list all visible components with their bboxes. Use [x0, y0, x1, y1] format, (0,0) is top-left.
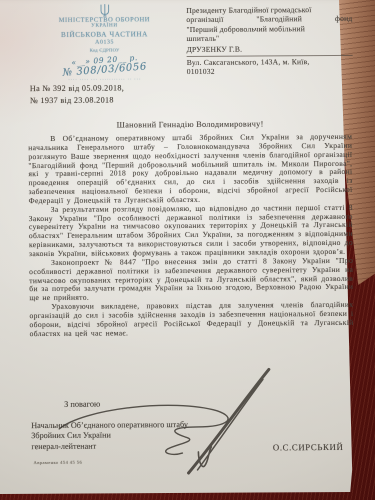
- executor-note: Авраменко 454 45 56: [33, 460, 82, 465]
- trident-emblem-icon: [99, 4, 110, 17]
- reference-numbers: На № 392 від 05.09.2018, № 1937 від 23.0…: [30, 82, 124, 107]
- reference-line-2: № 1937 від 23.08.2018: [30, 94, 124, 107]
- stamp-unit-line: ВІЙСЬКОВА ЧАСТИНА: [26, 30, 182, 39]
- stamp-country-line: УКРАЇНИ: [26, 23, 182, 30]
- stamp-unit-number: А0135: [27, 39, 183, 47]
- addressee-word: фонд: [335, 14, 353, 24]
- paragraph-1: В Об’єднаному оперативному штабі Збройни…: [28, 133, 352, 206]
- addressee-name: ДРУЗЕНКУ Г.В.: [187, 43, 353, 54]
- addressee-block: Президенту Благодійної громадської орган…: [186, 5, 352, 77]
- addressee-line: шпиталь": [186, 33, 352, 44]
- addressee-word: "Благодійний: [256, 15, 302, 25]
- signer-name: О.С.СИРСЬКИЙ: [273, 442, 344, 453]
- addressee-word: організації: [186, 15, 223, 25]
- letter-content: МІНІСТЕРСТВО ОБОРОНИ УКРАЇНИ ВІЙСЬКОВА Ч…: [0, 0, 375, 500]
- signature-block: Начальник Об’єднаного оперативного штабу…: [31, 419, 353, 452]
- letter-body: В Об’єднаному оперативному штабі Збройни…: [28, 133, 353, 339]
- closing-phrase: З повагою: [64, 400, 100, 409]
- paragraph-2: За результатами розгляду повідомляю, що …: [29, 204, 353, 259]
- salutation: Шановний Геннадію Володимировичу!: [29, 119, 351, 130]
- addressee-postal-code: 0101032: [187, 66, 353, 77]
- photo-of-letter: МІНІСТЕРСТВО ОБОРОНИ УКРАЇНИ ВІЙСЬКОВА Ч…: [0, 0, 375, 500]
- paragraph-4: Ураховуючи викладене, правових підстав д…: [29, 301, 353, 339]
- military-unit-stamp: МІНІСТЕРСТВО ОБОРОНИ УКРАЇНИ ВІЙСЬКОВА Ч…: [26, 3, 183, 83]
- reference-line-1: На № 392 від 05.09.2018,: [30, 82, 124, 95]
- paragraph-3: Законопроект № 8447 "Про внесення змін д…: [29, 257, 353, 303]
